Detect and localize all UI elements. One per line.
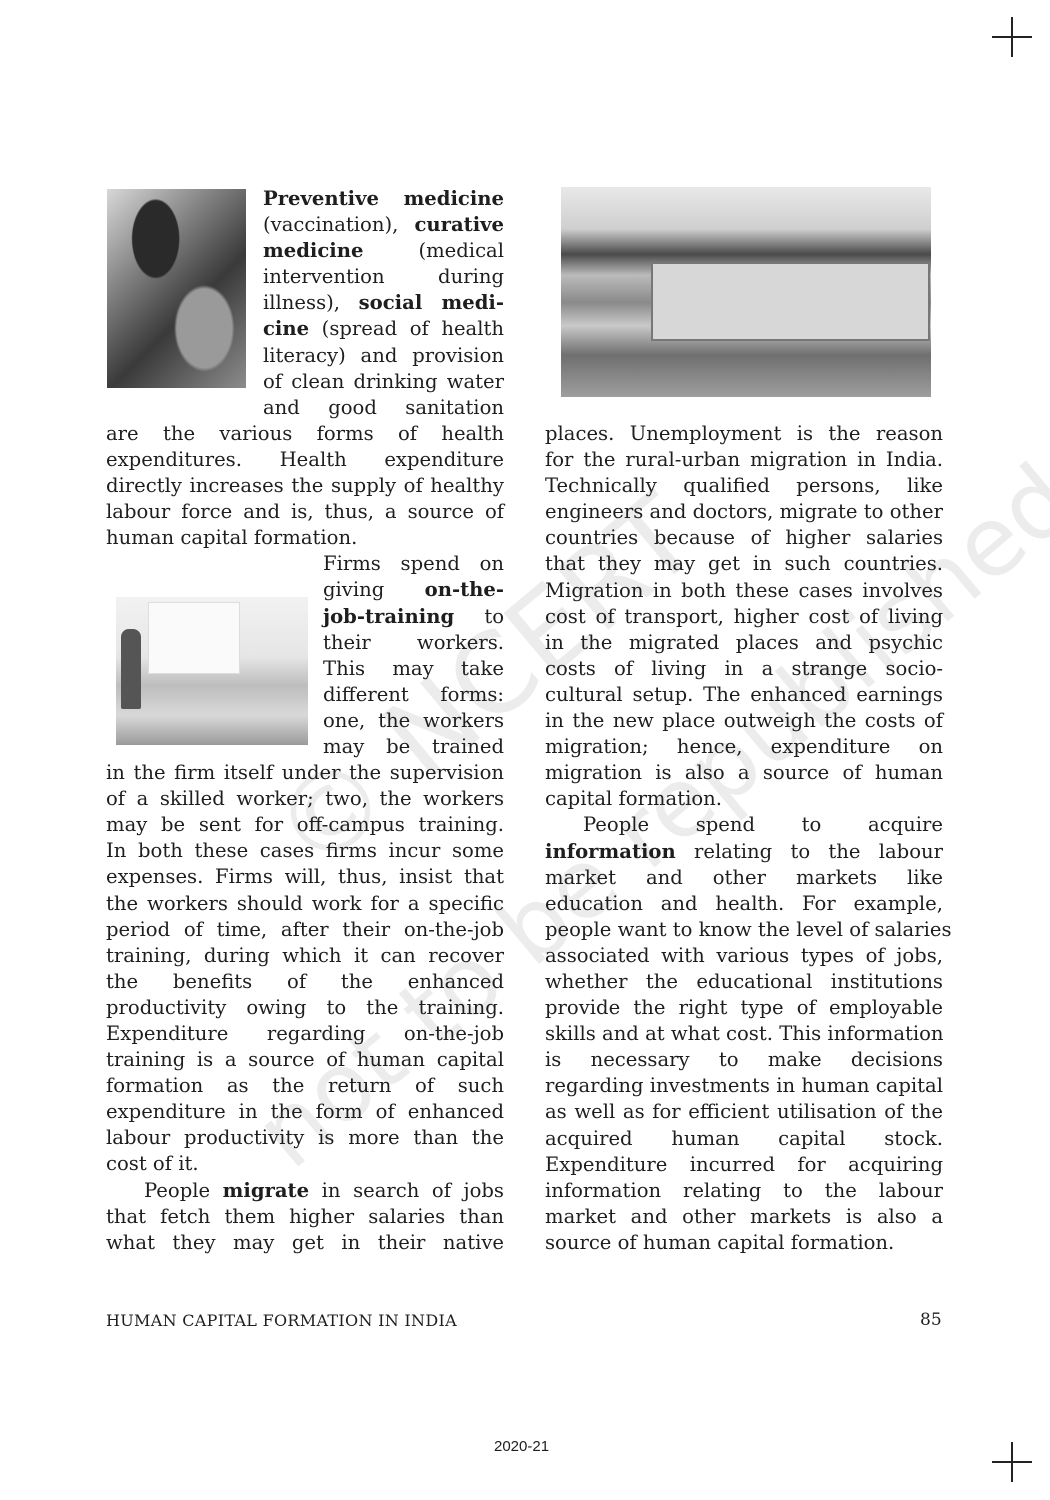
text-fragment: in the firm itself under the supervision [106, 761, 504, 784]
text-fragment: expenditure in the form of enhanced [106, 1100, 504, 1123]
text-fragment: directly increases the supply of healthy [106, 474, 504, 497]
right-text-column: places. Unemployment is the reasonfor th… [545, 421, 943, 1256]
text-fragment: (vaccination), [263, 213, 414, 236]
text-line: People migrate in search of jobs [106, 1178, 504, 1204]
text-line: medicine (medical [263, 238, 504, 264]
text-fragment: giving [323, 578, 425, 601]
text-fragment: Migration in both these cases involves [545, 579, 943, 602]
crop-mark-icon [992, 1442, 1032, 1482]
text-line: in the firm itself under the supervision [106, 760, 504, 786]
text-line: productivity owing to the training. [106, 995, 504, 1021]
text-line: Expenditure regarding on-the-job [106, 1021, 504, 1047]
text-line: their workers. [323, 630, 504, 656]
text-line: period of time, after their on-the-job [106, 917, 504, 943]
bold-term: information [545, 840, 676, 863]
text-fragment: in search of jobs [309, 1179, 504, 1202]
text-fragment: capital formation. [545, 787, 722, 810]
text-line: training is a source of human capital [106, 1047, 504, 1073]
text-line: human capital formation. [106, 525, 504, 551]
text-fragment: the benefits of the enhanced [106, 970, 504, 993]
text-line: information relating to the labour [545, 1178, 943, 1204]
text-line: and good sanitation [263, 395, 504, 421]
running-footer-title: HUMAN CAPITAL FORMATION IN INDIA [106, 1311, 457, 1330]
text-line: migration is also a source of human [545, 760, 943, 786]
text-line: labour productivity is more than the [106, 1125, 504, 1151]
text-line: literacy) and provision [263, 343, 504, 369]
text-line: market and other markets like [545, 865, 943, 891]
text-fragment: cost of it. [106, 1152, 199, 1175]
text-fragment: one, the workers [323, 709, 504, 732]
text-fragment: to [454, 605, 504, 628]
text-fragment: people want to know the level of salarie… [545, 918, 952, 941]
text-fragment: literacy) and provision [263, 344, 504, 367]
text-line: whether the educational institutions [545, 969, 943, 995]
text-line: of a skilled worker; two, the workers [106, 786, 504, 812]
text-line: the workers should work for a specific [106, 891, 504, 917]
text-fragment: countries because of higher salaries [545, 526, 943, 549]
text-fragment: for the rural-urban migration in India. [545, 448, 943, 471]
text-line: migration; hence, expenditure on [545, 734, 943, 760]
text-fragment: regarding investments in human capital [545, 1074, 943, 1097]
text-line: that fetch them higher salaries than [106, 1204, 504, 1230]
text-line: cost of transport, higher cost of living [545, 604, 943, 630]
text-line: regarding investments in human capital [545, 1073, 943, 1099]
text-fragment: formation as the return of such [106, 1074, 504, 1097]
left-text-column: Preventive medicine(vaccination), curati… [106, 186, 504, 1256]
text-fragment: engineers and doctors, migrate to other [545, 500, 943, 523]
text-line: People spend to acquire [545, 812, 943, 838]
text-line: capital formation. [545, 786, 943, 812]
text-line: cine (spread of health [263, 316, 504, 342]
text-line: associated with various types of jobs, [545, 943, 943, 969]
text-line: intervention during [263, 264, 504, 290]
text-fragment: associated with various types of jobs, [545, 944, 943, 967]
text-fragment: education and health. For example, [545, 892, 943, 915]
text-fragment: migration; hence, expenditure on [545, 735, 943, 758]
text-line: are the various forms of health [106, 421, 504, 447]
text-line: expenses. Firms will, thus, insist that [106, 864, 504, 890]
text-fragment: as well as for efficient utilisation of … [545, 1100, 943, 1123]
text-line: Expenditure incurred for acquiring [545, 1152, 943, 1178]
text-fragment: cultural setup. The enhanced earnings [545, 683, 943, 706]
text-fragment: In both these cases firms incur some [106, 839, 504, 862]
text-line: may be sent for off-campus training. [106, 812, 504, 838]
bold-term: curative [414, 213, 504, 236]
text-fragment: relating to the labour [676, 840, 943, 863]
text-fragment: the workers should work for a specific [106, 892, 504, 915]
bold-term: Preventive medicine [263, 187, 504, 210]
text-fragment: period of time, after their on-the-job [106, 918, 504, 941]
text-fragment: productivity owing to the training. [106, 996, 504, 1019]
text-line: This may take [323, 656, 504, 682]
text-line: is necessary to make decisions [545, 1047, 943, 1073]
text-fragment: skills and at what cost. This informatio… [545, 1022, 944, 1045]
text-fragment: expenditures. Health expenditure [106, 448, 504, 471]
text-line: countries because of higher salaries [545, 525, 943, 551]
bold-term: job-training [323, 605, 454, 628]
text-line: in the migrated places and psychic [545, 630, 943, 656]
text-fragment: (spread of health [309, 317, 504, 340]
text-fragment: People spend to acquire [583, 813, 943, 836]
text-fragment: source of human capital formation. [545, 1231, 894, 1254]
text-line: provide the right type of employable [545, 995, 943, 1021]
text-line: places. Unemployment is the reason [545, 421, 943, 447]
text-fragment: market and other markets like [545, 866, 943, 889]
text-fragment: of a skilled worker; two, the workers [106, 787, 504, 810]
text-fragment: acquired human capital stock. [545, 1127, 943, 1150]
text-fragment: training, during which it can recover [106, 944, 504, 967]
text-fragment: different forms: [323, 683, 504, 706]
bold-term: on-the- [425, 578, 504, 601]
text-line: the benefits of the enhanced [106, 969, 504, 995]
text-line: labour force and is, thus, a source of [106, 499, 504, 525]
text-fragment: Technically qualified persons, like [545, 474, 943, 497]
text-fragment: is necessary to make decisions [545, 1048, 943, 1071]
text-line: cost of it. [106, 1151, 504, 1177]
text-fragment: (medical [363, 239, 504, 262]
text-fragment: expenses. Firms will, thus, insist that [106, 865, 504, 888]
text-line: acquired human capital stock. [545, 1126, 943, 1152]
text-fragment: their workers. [323, 631, 504, 654]
text-fragment: Expenditure regarding on-the-job [106, 1022, 504, 1045]
text-line: market and other markets is also a [545, 1204, 943, 1230]
text-line: different forms: [323, 682, 504, 708]
bold-term: social medi- [359, 291, 504, 314]
text-fragment: information relating to the labour [545, 1179, 943, 1202]
text-line: costs of living in a strange socio- [545, 656, 943, 682]
text-line: for the rural-urban migration in India. [545, 447, 943, 473]
text-fragment: human capital formation. [106, 526, 357, 549]
bold-term: migrate [223, 1179, 309, 1202]
text-line: that they may get in such countries. [545, 551, 943, 577]
text-fragment: Expenditure incurred for acquiring [545, 1153, 943, 1176]
text-fragment: are the various forms of health [106, 422, 504, 445]
text-line: people want to know the level of salarie… [545, 917, 943, 943]
text-fragment: costs of living in a strange socio- [545, 657, 943, 680]
text-line: of clean drinking water [263, 369, 504, 395]
text-line: expenditures. Health expenditure [106, 447, 504, 473]
text-fragment: cost of transport, higher cost of living [545, 605, 943, 628]
crop-mark-icon [992, 17, 1032, 57]
text-line: training, during which it can recover [106, 943, 504, 969]
text-line: information relating to the labour [545, 839, 943, 865]
text-line: In both these cases firms incur some [106, 838, 504, 864]
text-line: (vaccination), curative [263, 212, 504, 238]
text-fragment: This may take [323, 657, 504, 680]
crowded-bus-migration-photo [561, 187, 931, 397]
text-fragment: labour force and is, thus, a source of [106, 500, 504, 523]
text-fragment: places. Unemployment is the reason [545, 422, 943, 445]
text-fragment: Firms spend on [323, 552, 504, 575]
edition-year: 2020-21 [494, 1438, 549, 1455]
bold-term: medicine [263, 239, 363, 262]
page-number: 85 [920, 1310, 942, 1330]
text-line: one, the workers [323, 708, 504, 734]
text-line: illness), social medi- [263, 290, 504, 316]
text-line: Preventive medicine [263, 186, 504, 212]
text-line: engineers and doctors, migrate to other [545, 499, 943, 525]
text-fragment: what they may get in their native [106, 1231, 504, 1254]
text-line: Technically qualified persons, like [545, 473, 943, 499]
text-fragment: migration is also a source of human [545, 761, 943, 784]
text-fragment: illness), [263, 291, 359, 314]
text-fragment: in the migrated places and psychic [545, 631, 943, 654]
text-line: directly increases the supply of healthy [106, 473, 504, 499]
text-fragment: in the new place outweigh the costs of [545, 709, 943, 732]
text-line: formation as the return of such [106, 1073, 504, 1099]
text-fragment: of clean drinking water [263, 370, 504, 393]
text-fragment: that they may get in such countries. [545, 552, 943, 575]
text-line: cultural setup. The enhanced earnings [545, 682, 943, 708]
text-fragment: may be trained [323, 735, 504, 758]
text-line: job-training to [323, 604, 504, 630]
text-line: what they may get in their native [106, 1230, 504, 1256]
text-fragment: provide the right type of employable [545, 996, 943, 1019]
text-line: expenditure in the form of enhanced [106, 1099, 504, 1125]
bold-term: cine [263, 317, 309, 340]
text-fragment: may be sent for off-campus training. [106, 813, 504, 836]
text-fragment: intervention during [263, 265, 504, 288]
text-fragment: that fetch them higher salaries than [106, 1205, 504, 1228]
text-line: giving on-the- [323, 577, 504, 603]
text-line: Migration in both these cases involves [545, 578, 943, 604]
text-line: may be trained [323, 734, 504, 760]
text-fragment: market and other markets is also a [545, 1205, 943, 1228]
text-line: skills and at what cost. This informatio… [545, 1021, 943, 1047]
text-fragment: People [144, 1179, 223, 1202]
text-line: as well as for efficient utilisation of … [545, 1099, 943, 1125]
text-fragment: training is a source of human capital [106, 1048, 504, 1071]
text-fragment: labour productivity is more than the [106, 1126, 504, 1149]
text-line: Firms spend on [323, 551, 504, 577]
text-line: education and health. For example, [545, 891, 943, 917]
text-fragment: whether the educational institutions [545, 970, 943, 993]
text-line: in the new place outweigh the costs of [545, 708, 943, 734]
text-line: source of human capital formation. [545, 1230, 943, 1256]
text-fragment: and good sanitation [263, 396, 504, 419]
